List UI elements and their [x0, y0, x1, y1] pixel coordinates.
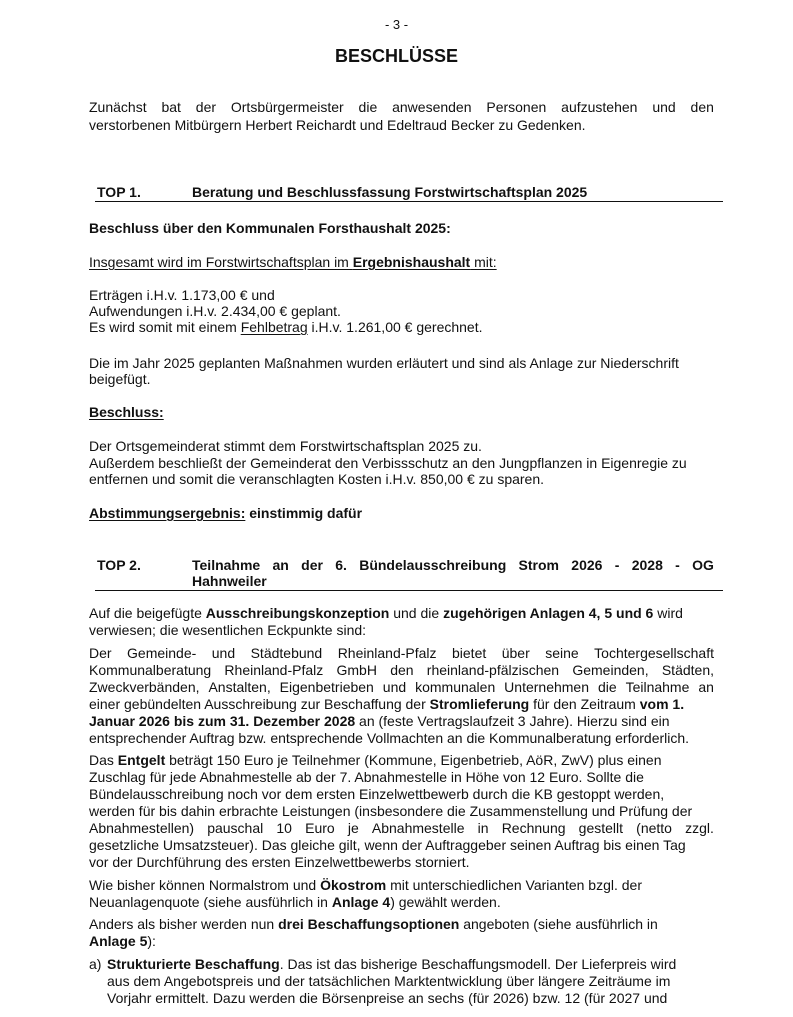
word: Rheinland-Pfalz	[338, 645, 437, 662]
word: aufzustehen	[561, 99, 637, 116]
p2-l5-bold: Januar 2026 bis zum 31. Dezember 2028	[89, 713, 355, 729]
word: OG	[692, 557, 714, 574]
word: -	[675, 557, 680, 574]
top1-summary: Insgesamt wird im Forstwirtschaftsplan i…	[89, 254, 497, 271]
p2-line-5: Januar 2026 bis zum 31. Dezember 2028 an…	[89, 713, 670, 730]
p3-line-1: Das Entgelt beträgt 150 Euro je Teilnehm…	[89, 752, 661, 769]
word: Gemeinden,	[572, 662, 648, 679]
p2-l5-text: an (feste Vertragslaufzeit 3 Jahre). Hie…	[355, 713, 669, 729]
p3-line-4: werden für bis dahin erbrachte Leistunge…	[89, 803, 692, 820]
word: kommunalen	[415, 679, 495, 696]
fehlbetrag-line: Es wird somit mit einem Fehlbetrag i.H.v…	[89, 319, 483, 336]
word: Teilnahme	[626, 679, 690, 696]
measures-line-2: beigefügt.	[89, 371, 151, 388]
top1-subheading: Beschluss über den Kommunalen Forsthaush…	[89, 220, 451, 237]
word: zzgl.	[685, 820, 714, 837]
p5-l1-text-1: Anders als bisher werden nun	[89, 916, 278, 932]
word: Euro	[305, 820, 335, 837]
word: Städtebund	[251, 645, 323, 662]
p5-line-1: Anders als bisher werden nun drei Bescha…	[89, 916, 658, 933]
word: Der	[89, 645, 112, 662]
word: die	[359, 99, 378, 116]
p4-line-2: Neuanlagenquote (siehe ausführlich in An…	[89, 894, 501, 911]
word: gestellt	[579, 820, 623, 837]
top2-title-line-1: Teilnahmeander6.BündelausschreibungStrom…	[192, 557, 714, 574]
document-page: - 3 - BESCHLÜSSE ZunächstbatderOrtsbürge…	[0, 0, 793, 1017]
p5-l1-bold: drei Beschaffungsoptionen	[278, 916, 459, 932]
p5-l2-text: ):	[147, 933, 156, 949]
p2-line-4: einer gebündelten Ausschreibung zur Besc…	[89, 696, 684, 713]
p2-line-3: Zweckverbänden,Anstalten,Eigenbetriebenu…	[89, 679, 714, 696]
word: je	[348, 820, 359, 837]
p2-l4-text-2: für den Zeitraum	[529, 696, 640, 712]
p1-text-2: und die	[389, 605, 443, 621]
word: 2026	[571, 557, 602, 574]
word: Teilnahme	[192, 557, 260, 574]
p3-line-3: Bündelausschreibung noch vor dem ersten …	[89, 786, 664, 803]
top1-number: TOP 1.	[97, 184, 141, 200]
option-a-bold: Strukturierte Beschaffung	[107, 956, 280, 972]
p4-l1-text-1: Wie bisher können Normalstrom und	[89, 877, 320, 893]
fehl-prefix: Es wird somit mit einem	[89, 319, 241, 335]
p1-text-1: Auf die beigefügte	[89, 605, 206, 621]
word: die	[598, 679, 617, 696]
p2-line-2: KommunalberatungRheinland-PfalzGmbHdenrh…	[89, 662, 714, 679]
page-number: - 3 -	[0, 17, 793, 32]
p2-line-1: DerGemeinde-undStädtebundRheinland-Pfalz…	[89, 645, 714, 662]
word: anwesenden	[392, 99, 471, 116]
word: Strom	[519, 557, 559, 574]
fehlbetrag-term: Fehlbetrag	[241, 319, 308, 335]
word: Rheinland-Pfalz	[224, 662, 323, 679]
vote-label: Abstimmungsergebnis:	[89, 505, 245, 521]
option-a-text: . Das ist das bisherige Beschaffungsmode…	[280, 956, 677, 972]
option-a-marker: a)	[89, 956, 101, 973]
word: bietet	[452, 645, 486, 662]
word: Rechnung	[502, 820, 566, 837]
word: Zweckverbänden,	[89, 679, 200, 696]
word: rheinland-pfälzischen	[427, 662, 559, 679]
word: Abnahmestelle	[372, 820, 465, 837]
p2-line-6: entsprechender Auftrag bzw. entsprechend…	[89, 730, 689, 747]
word: seine	[545, 645, 578, 662]
p3-line-6: gesetzliche Umsatzsteuer). Das gleiche g…	[89, 837, 686, 854]
top2-number: TOP 2.	[97, 557, 141, 573]
word: 2028	[632, 557, 663, 574]
word: der	[196, 99, 216, 116]
top1-title: Beratung und Beschlussfassung Forstwirts…	[192, 184, 587, 200]
p3-line-2: Zuschlag für jede Abnahmestelle ab der 7…	[89, 769, 644, 786]
p5-l1-text-2: angeboten (siehe ausführlich in	[459, 916, 657, 932]
word: über	[502, 645, 530, 662]
word: 10	[276, 820, 292, 837]
p3-line-5: Abnahmestellen)pauschal10EurojeAbnahmest…	[89, 820, 714, 837]
word: Abnahmestellen)	[89, 820, 194, 837]
word: Bündelausschreibung	[359, 557, 506, 574]
p2-l4-bold-2: vom 1.	[640, 696, 684, 712]
word: Kommunalberatung	[89, 662, 211, 679]
word: den	[691, 99, 714, 116]
word: an	[698, 679, 714, 696]
summary-ergebnishaushalt: Ergebnishaushalt	[353, 254, 470, 270]
word: Personen	[486, 99, 546, 116]
measures-line-1: Die im Jahr 2025 geplanten Maßnahmen wur…	[89, 355, 679, 372]
option-a-line-1: Strukturierte Beschaffung. Das ist das b…	[107, 956, 676, 973]
fehl-suffix: i.H.v. 1.261,00 € gerechnet.	[308, 319, 483, 335]
p1-line-1: Auf die beigefügte Ausschreibungskonzept…	[89, 605, 683, 622]
p5-l2-bold: Anlage 5	[89, 933, 147, 949]
aufwendungen-line: Aufwendungen i.H.v. 2.434,00 € geplant.	[89, 303, 341, 320]
word: pauschal	[207, 820, 263, 837]
summary-suffix: mit:	[470, 254, 496, 270]
p3-l1-text-1: Das	[89, 752, 118, 768]
word: Anstalten,	[208, 679, 270, 696]
p4-l2-bold: Anlage 4	[332, 894, 390, 910]
vote-value: einstimmig dafür	[245, 505, 362, 521]
word: 6.	[335, 557, 347, 574]
top2-divider	[95, 590, 723, 591]
word: und	[212, 645, 235, 662]
word: -	[615, 557, 620, 574]
p5-line-2: Anlage 5):	[89, 933, 156, 950]
word: Gemeinde-	[127, 645, 196, 662]
top2-title-line-2: Hahnweiler	[192, 573, 267, 589]
page-heading: BESCHLÜSSE	[0, 46, 793, 67]
ertraege-line: Erträgen i.H.v. 1.173,00 € und	[89, 287, 275, 304]
intro-line-1: ZunächstbatderOrtsbürgermeisterdieanwese…	[89, 99, 714, 116]
p2-l4-text-1: einer gebündelten Ausschreibung zur Besc…	[89, 696, 430, 712]
p4-line-1: Wie bisher können Normalstrom und Ökostr…	[89, 877, 642, 894]
beschluss-line-3: entfernen und somit die veranschlagten K…	[89, 471, 544, 488]
p1-line-2: verwiesen; die wesentlichen Eckpunkte si…	[89, 622, 366, 639]
p3-line-7: vor der Durchführung des ersten Einzelwe…	[89, 854, 470, 871]
beschluss-line-1: Der Ortsgemeinderat stimmt dem Forstwirt…	[89, 438, 482, 455]
p4-l1-text-2: mit unterschiedlichen Varianten bzgl. de…	[386, 877, 642, 893]
top1-divider	[95, 201, 723, 202]
word: Tochtergesellschaft	[594, 645, 714, 662]
p2-l4-bold-1: Stromlieferung	[430, 696, 530, 712]
word: Städten,	[662, 662, 714, 679]
word: und	[383, 679, 406, 696]
p1-bold-2: zugehörigen Anlagen 4, 5 und 6	[443, 605, 653, 621]
p3-l1-text-2: beträgt 150 Euro je Teilnehmer (Kommune,…	[165, 752, 661, 768]
word: den	[390, 662, 413, 679]
p4-l1-bold: Ökostrom	[320, 877, 386, 893]
p3-l1-bold: Entgelt	[118, 752, 165, 768]
word: bat	[161, 99, 180, 116]
word: Ortsbürgermeister	[231, 99, 344, 116]
beschluss-line-2: Außerdem beschließt der Gemeinderat den …	[89, 455, 687, 472]
p4-l2-text-1: Neuanlagenquote (siehe ausführlich in	[89, 894, 332, 910]
p1-bold-1: Ausschreibungskonzeption	[206, 605, 390, 621]
option-a-line-3: Vorjahr ermittelt. Dazu werden die Börse…	[107, 990, 667, 1007]
vote-result: Abstimmungsergebnis: einstimmig dafür	[89, 505, 362, 522]
word: der	[301, 557, 323, 574]
intro-line-2: verstorbenen Mitbürgern Herbert Reichard…	[89, 117, 586, 134]
word: Zunächst	[89, 99, 147, 116]
word: GmbH	[337, 662, 377, 679]
word: (netto	[636, 820, 672, 837]
word: und	[652, 99, 675, 116]
word: Unternehmen	[504, 679, 589, 696]
option-a-line-2: aus dem Angebotspreis und der tatsächlic…	[107, 973, 670, 990]
word: an	[273, 557, 289, 574]
summary-prefix: Insgesamt wird im Forstwirtschaftsplan i…	[89, 254, 353, 270]
p1-text-3: wird	[653, 605, 683, 621]
word: in	[478, 820, 489, 837]
p4-l2-text-2: ) gewählt werden.	[390, 894, 501, 910]
beschluss-label: Beschluss:	[89, 404, 164, 421]
word: Eigenbetrieben	[280, 679, 374, 696]
